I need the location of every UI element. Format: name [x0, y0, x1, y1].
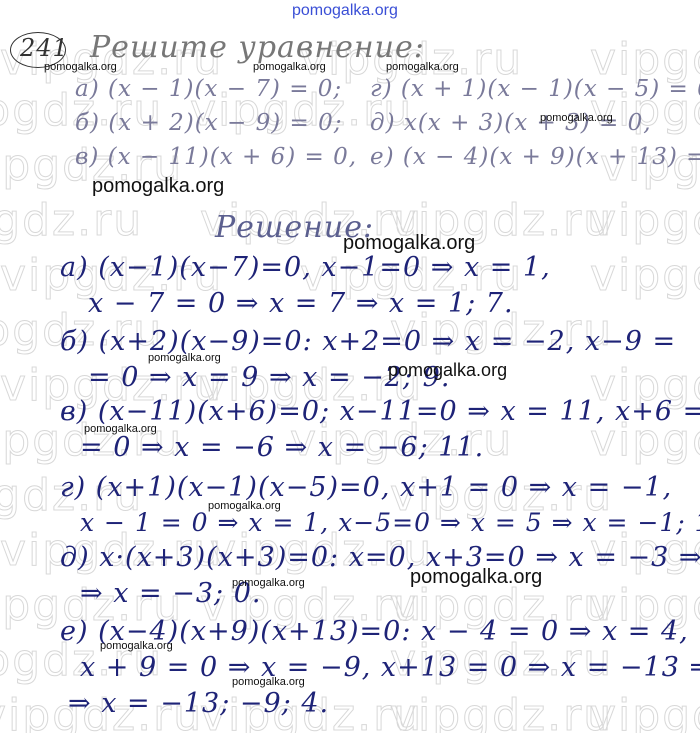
site-link[interactable]: pomogalka.org: [292, 2, 398, 20]
overlay-label: pomogalka.org: [386, 61, 459, 73]
overlay-label: pomogalka.org: [253, 61, 326, 73]
overlay-label: pomogalka.org: [208, 500, 281, 512]
task-item-b: б) (x + 2)(x − 9) = 0;: [75, 110, 343, 136]
watermark: vipgdz.ru: [0, 195, 143, 246]
task-item-v: в) (x − 11)(x + 6) = 0,: [75, 144, 357, 170]
task-item-g: г) (x + 1)(x − 1)(x − 5) = 0;: [370, 76, 700, 102]
watermark: vipgdz: [590, 195, 700, 246]
watermark: vipgdz: [590, 250, 700, 301]
overlay-label: pomogalka.org: [232, 676, 305, 688]
solution-line: д) x·(x+3)(x+3)=0: x=0, x+3=0 ⇒ x = −3 ⇒: [60, 542, 700, 573]
overlay-label: pomogalka.org: [100, 640, 173, 652]
watermark: vipgdz: [590, 690, 700, 733]
overlay-label: pomogalka.org: [148, 352, 221, 364]
overlay-label: pomogalka.org: [44, 61, 117, 73]
overlay-label: pomogalka.org: [388, 360, 507, 381]
overlay-label: pomogalka.org: [410, 566, 542, 589]
task-number: 241: [20, 34, 69, 62]
solution-line: г) (x+1)(x−1)(x−5)=0, x+1 = 0 ⇒ x = −1,: [60, 472, 672, 503]
watermark: vipgdz.ru: [390, 690, 613, 733]
overlay-label: pomogalka.org: [343, 232, 475, 255]
overlay-label: pomogalka.org: [232, 577, 305, 589]
solution-line: а) (x−1)(x−7)=0, x−1=0 ⇒ x = 1,: [60, 252, 551, 283]
task-item-e: е) (x − 4)(x + 9)(x + 13) = 0.: [370, 144, 700, 170]
task-title: Решите уравнение:: [90, 30, 425, 65]
solution-line: x − 7 = 0 ⇒ x = 7 ⇒ x = 1; 7.: [88, 288, 514, 319]
solution-line: x + 9 = 0 ⇒ x = −9, x+13 = 0 ⇒ x = −13 ⇒: [80, 652, 700, 683]
solution-line: ⇒ x = −13; −9; 4.: [68, 688, 329, 719]
overlay-label: pomogalka.org: [540, 112, 613, 124]
task-item-a: а) (x − 1)(x − 7) = 0;: [75, 76, 342, 102]
overlay-label: pomogalka.org: [84, 423, 157, 435]
overlay-label: pomogalka.org: [92, 175, 224, 198]
solution-line: x − 1 = 0 ⇒ x = 1, x−5=0 ⇒ x = 5 ⇒ x = −…: [80, 508, 700, 537]
solution-line: = 0 ⇒ x = −6 ⇒ x = −6; 11.: [80, 432, 484, 463]
